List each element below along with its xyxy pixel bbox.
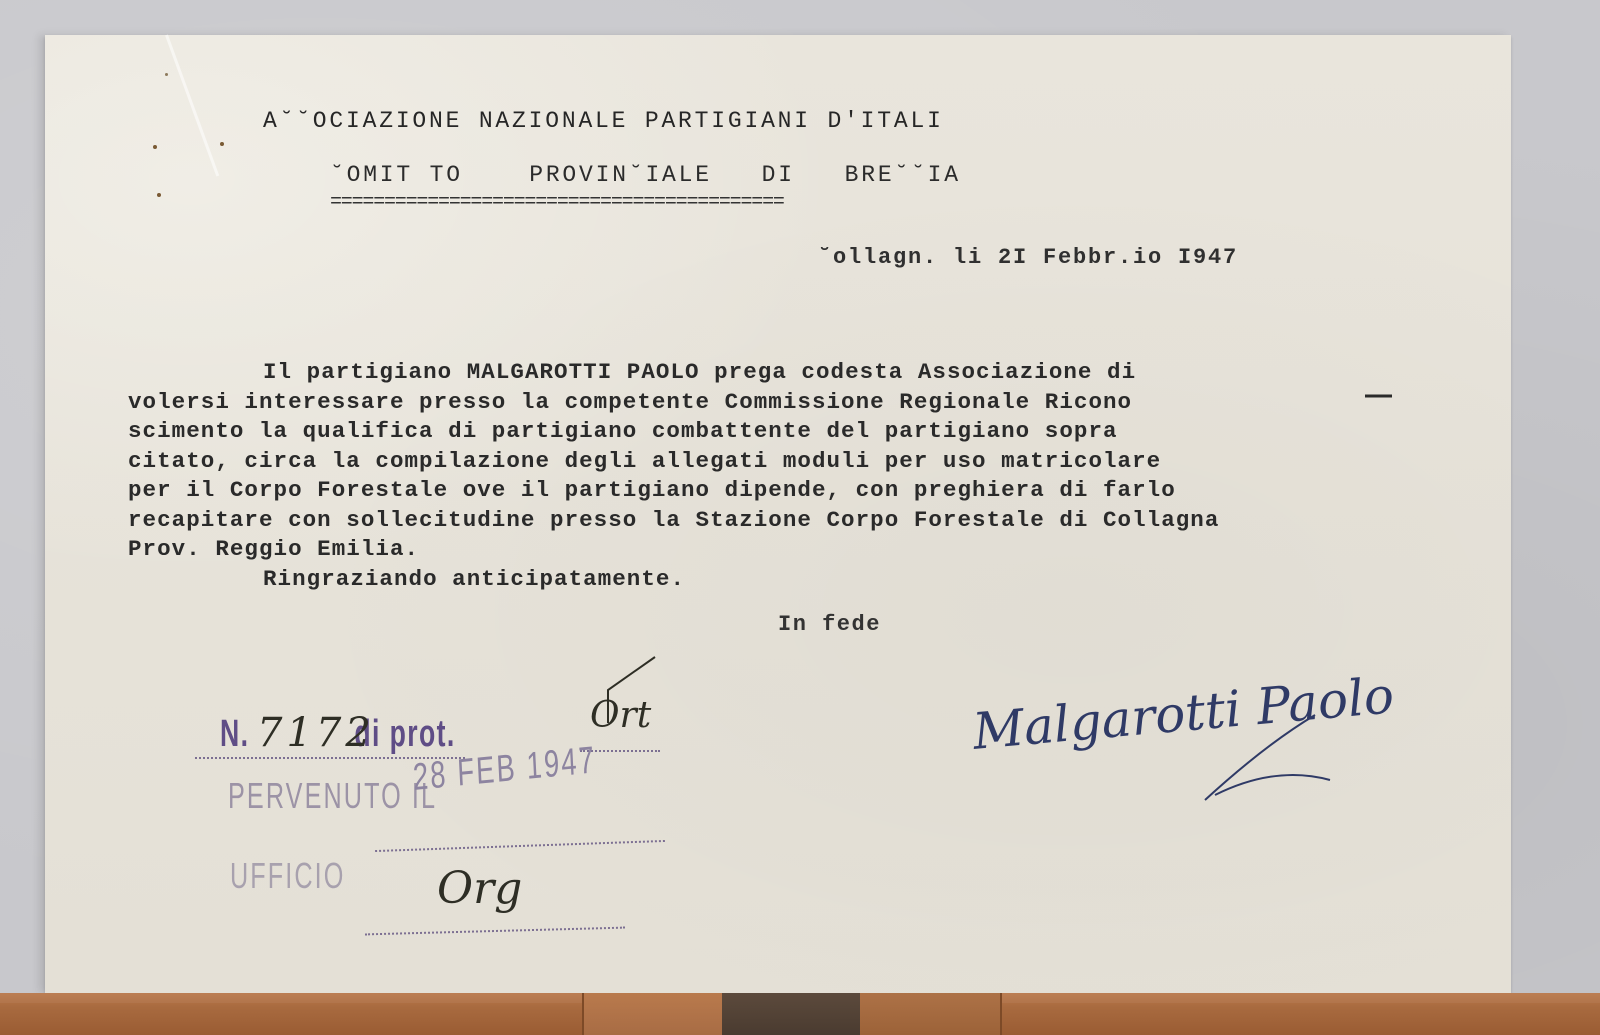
body-line: volersi interessare presso la competente… — [128, 388, 1219, 418]
handwritten-protocol-number: 7172 — [257, 710, 375, 756]
signature: Malgarotti Paolo — [970, 666, 1396, 761]
letterhead-organization: A˘˘OCIAZIONE NAZIONALE PARTIGIANI D'ITAL… — [263, 108, 944, 134]
stamp-protocol-prefix: N. — [220, 713, 249, 755]
stamp-office-label: UFFICIO — [230, 855, 345, 897]
pin-hole — [157, 193, 161, 197]
pin-hole — [153, 145, 157, 149]
letterhead-rule: ========================================… — [330, 191, 784, 214]
shelf-segment — [0, 993, 584, 1035]
shelf-segment — [1000, 993, 1600, 1035]
wooden-shelf — [0, 993, 1600, 1035]
shelf-segment — [722, 993, 860, 1035]
closing-in-fede: In fede — [778, 612, 881, 637]
thanks-line: Ringraziando anticipatamente. — [128, 565, 1219, 595]
handwritten-protocol-mark: Ort — [590, 695, 651, 736]
body-line: recapitare con sollecitudine presso la S… — [128, 506, 1219, 536]
dateline: ˘ollagn. li 2I Febbr.io I947 — [818, 245, 1238, 270]
paper-crease — [165, 34, 219, 176]
body-line: per il Corpo Forestale ove il partigiano… — [128, 476, 1219, 506]
stamp-dotted-line — [375, 840, 665, 852]
shelf-segment — [584, 993, 722, 1035]
pin-hole — [220, 142, 224, 146]
letter-body: Il partigiano MALGAROTTI PAOLO prega cod… — [128, 358, 1219, 594]
handwritten-office-initials: Org — [437, 863, 522, 914]
letter-sheet: A˘˘OCIAZIONE NAZIONALE PARTIGIANI D'ITAL… — [45, 35, 1511, 993]
stamp-dotted-line — [365, 927, 625, 936]
body-line: scimento la qualifica di partigiano comb… — [128, 417, 1219, 447]
stamp-received-label: PERVENUTO IL — [228, 775, 437, 817]
body-line: Prov. Reggio Emilia. — [128, 535, 1219, 565]
shelf-segment — [860, 993, 1000, 1035]
body-line: Il partigiano MALGAROTTI PAOLO prega cod… — [128, 358, 1219, 388]
pin-hole — [165, 73, 168, 76]
body-line: citato, circa la compilazione degli alle… — [128, 447, 1219, 477]
letterhead-committee: ˘OMIT TO PROVIN˘IALE DI BRE˘˘IA — [330, 162, 961, 188]
